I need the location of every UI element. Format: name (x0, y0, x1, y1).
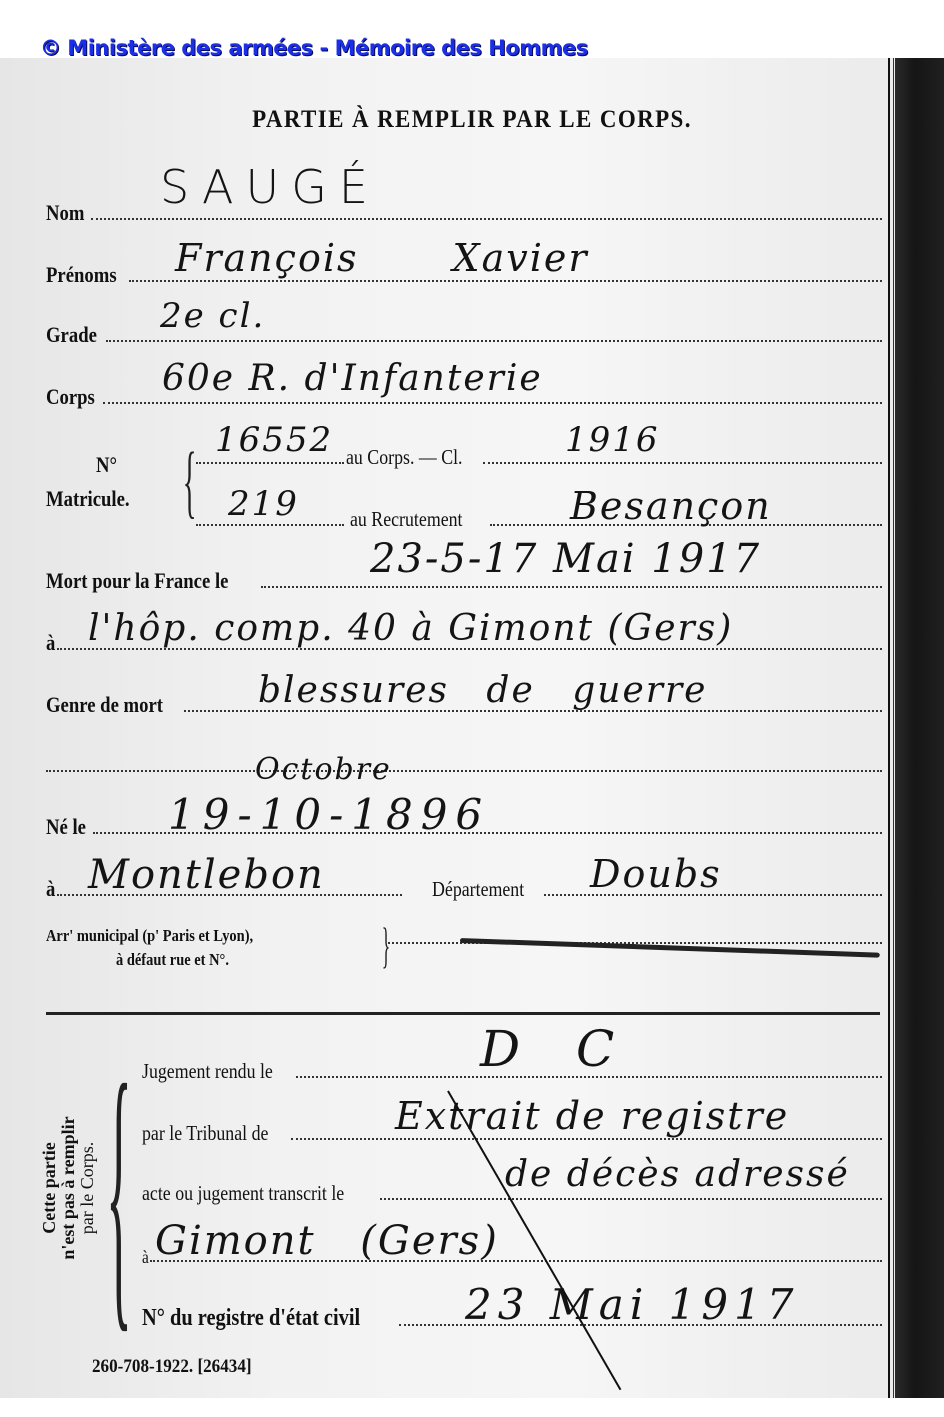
field-label: acte ou jugement transcrit le (142, 1181, 344, 1206)
dotted-line (106, 340, 882, 342)
field-label: Genre de mort (46, 692, 163, 718)
side-label-line: n'est pas à remplir (59, 1088, 78, 1288)
field-label: au Corps. — Cl. (346, 445, 463, 470)
handwritten-nom: SAUGÉ (160, 160, 380, 214)
blank-line (46, 738, 882, 778)
field-label: Mort pour la France le (46, 568, 228, 594)
handwritten-lieu-mort: l'hôp. comp. 40 à Gimont (Gers) (88, 608, 733, 649)
dotted-line (196, 462, 344, 464)
dotted-line (129, 280, 882, 282)
handwritten-corps: 60e R. d'Infanterie (162, 358, 543, 399)
field-label: Jugement rendu le (142, 1059, 273, 1084)
field-label: Corps (46, 384, 95, 410)
field-label: Prénoms (46, 262, 117, 288)
dotted-line (196, 524, 344, 526)
field-label: Département (432, 877, 524, 902)
matricule-label: Matricule. (46, 486, 130, 512)
handwritten-jugement: D C (480, 1020, 634, 1078)
handwritten-classe: 1916 (565, 420, 660, 460)
copyright-watermark: © Ministère des armées - Mémoire des Hom… (40, 36, 588, 60)
handwritten-lieu-naissance: Montlebon (88, 852, 325, 898)
field-label: Nom (46, 200, 84, 226)
field-label: à (46, 876, 55, 902)
side-label-line: Cette partie (40, 1088, 59, 1288)
handwritten-ne-annotation: Octobre (255, 752, 392, 787)
handwritten-recrutement-place: Besançon (570, 484, 772, 528)
document-heading: PARTIE À REMPLIR PAR LE CORPS. (38, 106, 906, 134)
dotted-line (103, 402, 882, 404)
field-label: au Recrutement (350, 507, 463, 532)
handwritten-matricule-corps: 16552 (215, 420, 333, 460)
handwritten-mort-date: 23-5-17 Mai 1917 (370, 536, 761, 582)
section-divider (46, 1012, 880, 1015)
handwritten-recrutement-number: 219 (228, 484, 299, 524)
arrondissement-label-2: à défaut rue et N°. (116, 950, 229, 970)
matricule-brace: { (183, 440, 197, 522)
dotted-line (483, 462, 882, 464)
handwritten-ne-date: 19-10-1896 (168, 790, 490, 839)
handwritten-grade: 2e cl. (160, 296, 265, 336)
dotted-line (261, 586, 882, 588)
handwritten-transcrit: de décès adressé (505, 1154, 850, 1195)
handwritten-lieu-transcription: Gimont (Gers) (155, 1218, 499, 1264)
field-label: Grade (46, 322, 97, 348)
handwritten-genre-mort: blessures de guerre (258, 670, 707, 711)
side-brace: { (106, 1040, 132, 1340)
dotted-line (291, 1138, 882, 1140)
dotted-line (91, 218, 882, 220)
dotted-line (46, 770, 882, 772)
form-reference: 260-708-1922. [26434] (92, 1356, 252, 1378)
field-label: à (46, 630, 55, 656)
handwritten-registre: 23 Mai 1917 (465, 1280, 800, 1329)
border-line (893, 58, 894, 1398)
field-label: Né le (46, 814, 86, 840)
side-label: Cette partie n'est pas à remplir par le … (40, 1088, 97, 1288)
matricule-label-n: N° (96, 452, 117, 478)
scan-dark-edge (895, 58, 944, 1398)
dotted-line (380, 1198, 882, 1200)
field-label: par le Tribunal de (142, 1121, 268, 1146)
field-label: à (142, 1247, 149, 1268)
handwritten-departement: Doubs (590, 852, 722, 896)
side-label-line: par le Corps. (78, 1088, 97, 1288)
arrondissement-label: Arr' municipal (p' Paris et Lyon), (46, 926, 253, 946)
field-label: N° du registre d'état civil (142, 1305, 360, 1332)
border-line (888, 58, 890, 1398)
handwritten-prenoms: François Xavier (175, 236, 589, 280)
